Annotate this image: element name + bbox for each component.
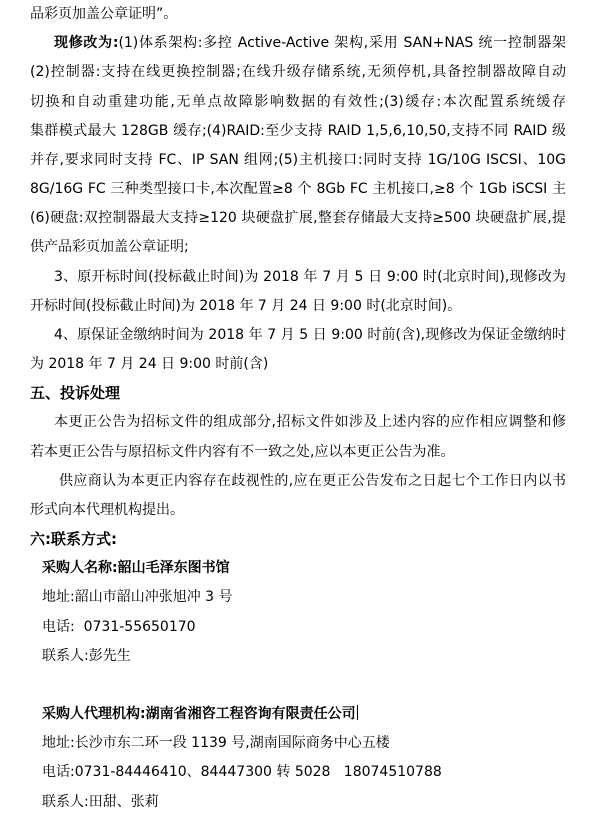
item3-line: 3、原开标时间(投标截止时间)为 2018 年 7 月 5 日 9:00 时(北…	[30, 263, 566, 292]
agency-address: 地址:长沙市东二环一段 1139 号,湖南国际商务中心五楼	[42, 729, 566, 758]
intro-continuation-line: 品彩页加盖公章证明”。	[30, 0, 566, 29]
revision-line: (2)控制器:支持在线更换控制器;在线升级存储系统,无须停机,具备控制器故障自动	[30, 58, 566, 87]
section5-paragraph-line: 供应商认为本更正内容存在歧视性的,应在更正公告发布之日起七个工作日内以书面	[30, 467, 566, 496]
purchaser-address: 地址:韶山市韶山冲张旭冲 3 号	[42, 583, 566, 612]
agency-phone: 电话:0731-84446410、84447300 转 5028 1807451…	[42, 758, 566, 787]
section5-paragraph-line: 形式向本代理机构提出。	[30, 496, 566, 525]
purchaser-name: 采购人名称:韶山毛泽东图书馆	[42, 554, 566, 583]
revision-line: 供产品彩页加盖公章证明;	[30, 233, 566, 262]
section5-paragraph-line: 若本更正公告与原招标文件内容有不一致之处,应以本更正公告为准。	[30, 438, 566, 467]
item4-line: 为 2018 年 7 月 24 日 9:00 时前(含)	[30, 350, 566, 379]
section6-heading: 六:联系方式:	[30, 525, 566, 554]
revision-line: 并存,要求同时支持 FC、IP SAN 组网;(5)主机接口:同时支持 1G/1…	[30, 146, 566, 175]
revision-line: (6)硬盘:双控制器最大支持≥120 块硬盘扩展,整套存储最大支持≥500 块硬…	[30, 204, 566, 233]
revision-lead-line: 现修改为:(1)体系架构:多控 Active-Active 架构,采用 SAN+…	[30, 29, 566, 58]
revision-line: 集群模式最大 128GB 缓存;(4)RAID:至少支持 RAID 1,5,6,…	[30, 117, 566, 146]
purchaser-contact-person: 联系人:彭先生	[42, 642, 566, 671]
agency-name-text: 采购人代理机构:湖南省湘咨工程咨询有限责任公司	[42, 706, 356, 722]
item3-line: 开标时间(投标截止时间)为 2018 年 7 月 24 日 9:00 时(北京时…	[30, 292, 566, 321]
document-page[interactable]: 品彩页加盖公章证明”。 现修改为:(1)体系架构:多控 Active-Activ…	[0, 0, 596, 817]
revision-line: 切换和自动重建功能,无单点故障影响数据的有效性;(3)缓存:本次配置系统缓存≥3…	[30, 88, 566, 117]
agency-name: 采购人代理机构:湖南省湘咨工程咨询有限责任公司	[42, 700, 566, 729]
section5-paragraph-line: 本更正公告为招标文件的组成部分,招标文件如涉及上述内容的应作相应调整和修改,	[30, 408, 566, 437]
purchaser-phone: 电话: 0731-55650170	[42, 613, 566, 642]
revision-line: 8G/16G FC 三种类型接口卡,本次配置≥8 个 8Gb FC 主机接口,≥…	[30, 175, 566, 204]
revision-label: 现修改为:	[54, 35, 118, 51]
text-cursor	[357, 705, 359, 720]
item4-line: 4、原保证金缴纳时间为 2018 年 7 月 5 日 9:00 时前(含),现修…	[30, 321, 566, 350]
section5-heading: 五、投诉处理	[30, 379, 566, 408]
agency-contact-person: 联系人:田甜、张莉	[42, 788, 566, 817]
blank-line	[30, 671, 566, 700]
